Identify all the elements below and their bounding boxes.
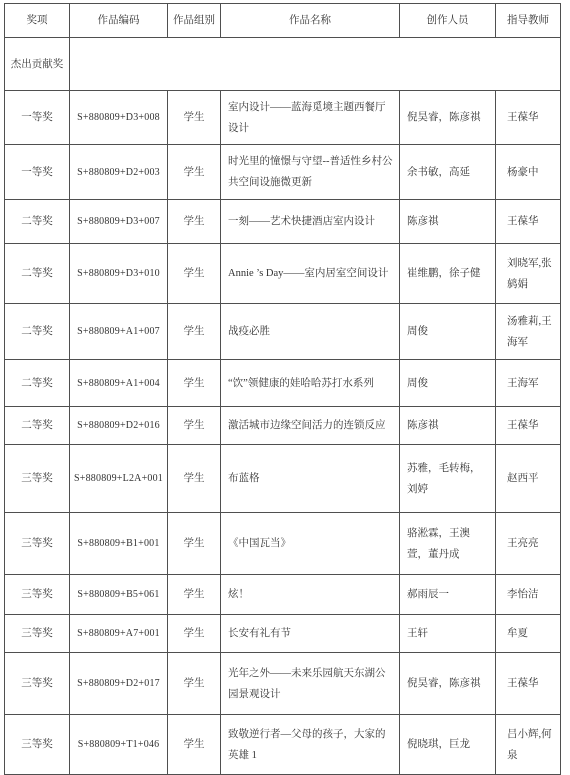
title-cell: 长安有礼有节	[221, 615, 400, 653]
code-cell: S+880809+D3+007	[70, 200, 168, 244]
table-row: 二等奖 S+880809+D3+010 学生 Annie ’s Day——室内居…	[5, 244, 561, 304]
advisor-cell: 牟夏	[496, 615, 561, 653]
table-row: 二等奖 S+880809+D2+016 学生 激活城市边缘空间活力的连锁反应 陈…	[5, 407, 561, 445]
code-cell: S+880809+B5+061	[70, 575, 168, 615]
creators-cell: 骆淞霖，王澳萱，董丹成	[400, 513, 496, 575]
table-row: 二等奖 S+880809+D3+007 学生 一刻——艺术快捷酒店室内设计 陈彦…	[5, 200, 561, 244]
advisor-cell: 杨豪中	[496, 145, 561, 200]
group-cell: 学生	[168, 244, 221, 304]
title-cell: 时光里的憧憬与守望--普适性乡村公共空间设施微更新	[221, 145, 400, 200]
title-cell: “饮”领健康的娃哈哈苏打水系列	[221, 360, 400, 407]
advisor-cell: 王海军	[496, 360, 561, 407]
title-cell: 致敬逆行者—父母的孩子，大家的英雄 1	[221, 715, 400, 775]
special-award-empty-cell	[70, 38, 561, 91]
table-row: 二等奖 S+880809+A1+004 学生 “饮”领健康的娃哈哈苏打水系列 周…	[5, 360, 561, 407]
title-cell: 一刻——艺术快捷酒店室内设计	[221, 200, 400, 244]
group-cell: 学生	[168, 360, 221, 407]
group-cell: 学生	[168, 200, 221, 244]
group-cell: 学生	[168, 715, 221, 775]
award-cell: 二等奖	[5, 360, 70, 407]
advisor-cell: 李怡洁	[496, 575, 561, 615]
table-row: 三等奖 S+880809+B1+001 学生 《中国瓦当》 骆淞霖，王澳萱，董丹…	[5, 513, 561, 575]
award-cell: 二等奖	[5, 304, 70, 360]
group-cell: 学生	[168, 653, 221, 715]
creators-cell: 陈彦祺	[400, 200, 496, 244]
group-cell: 学生	[168, 513, 221, 575]
advisor-cell: 王亮亮	[496, 513, 561, 575]
title-cell: 战疫必胜	[221, 304, 400, 360]
creators-cell: 陈彦祺	[400, 407, 496, 445]
special-award-cell: 杰出贡献奖	[5, 38, 70, 91]
creators-cell: 郝雨辰一	[400, 575, 496, 615]
table-row: 三等奖 S+880809+D2+017 学生 光年之外——未来乐园航天东湖公园景…	[5, 653, 561, 715]
title-cell: 激活城市边缘空间活力的连锁反应	[221, 407, 400, 445]
creators-cell: 倪晓琪，巨龙	[400, 715, 496, 775]
advisor-cell: 汤雅莉,王海军	[496, 304, 561, 360]
award-cell: 三等奖	[5, 715, 70, 775]
award-cell: 二等奖	[5, 244, 70, 304]
table-row: 三等奖 S+880809+A7+001 学生 长安有礼有节 王轩 牟夏	[5, 615, 561, 653]
table-row: 一等奖 S+880809+D2+003 学生 时光里的憧憬与守望--普适性乡村公…	[5, 145, 561, 200]
group-cell: 学生	[168, 575, 221, 615]
title-cell: Annie ’s Day——室内居室空间设计	[221, 244, 400, 304]
code-cell: S+880809+B1+001	[70, 513, 168, 575]
title-cell: 《中国瓦当》	[221, 513, 400, 575]
code-cell: S+880809+D2+003	[70, 145, 168, 200]
code-cell: S+880809+T1+046	[70, 715, 168, 775]
creators-cell: 倪昊睿，陈彦祺	[400, 91, 496, 145]
table-row: 一等奖 S+880809+D3+008 学生 室内设计——蓝海觅境主题西餐厅设计…	[5, 91, 561, 145]
code-cell: S+880809+D2+017	[70, 653, 168, 715]
column-header-group: 作品组别	[168, 4, 221, 38]
group-cell: 学生	[168, 615, 221, 653]
award-cell: 三等奖	[5, 575, 70, 615]
creators-cell: 倪昊睿，陈彦祺	[400, 653, 496, 715]
column-header-creators: 创作人员	[400, 4, 496, 38]
header-row: 奖项 作品编码 作品组别 作品名称 创作人员 指导教师	[5, 4, 561, 38]
group-cell: 学生	[168, 304, 221, 360]
title-cell: 布蓝格	[221, 445, 400, 513]
award-cell: 二等奖	[5, 407, 70, 445]
code-cell: S+880809+A1+004	[70, 360, 168, 407]
award-table: 奖项 作品编码 作品组别 作品名称 创作人员 指导教师 杰出贡献奖 一等奖 S+…	[4, 3, 561, 775]
title-cell: 室内设计——蓝海觅境主题西餐厅设计	[221, 91, 400, 145]
award-cell: 二等奖	[5, 200, 70, 244]
advisor-cell: 王葆华	[496, 407, 561, 445]
award-cell: 三等奖	[5, 615, 70, 653]
creators-cell: 苏雅，毛转梅，刘婷	[400, 445, 496, 513]
table-row: 二等奖 S+880809+A1+007 学生 战疫必胜 周俊 汤雅莉,王海军	[5, 304, 561, 360]
award-cell: 三等奖	[5, 513, 70, 575]
column-header-advisor: 指导教师	[496, 4, 561, 38]
award-cell: 一等奖	[5, 145, 70, 200]
advisor-cell: 王葆华	[496, 653, 561, 715]
advisor-cell: 王葆华	[496, 200, 561, 244]
special-award-row: 杰出贡献奖	[5, 38, 561, 91]
advisor-cell: 赵西平	[496, 445, 561, 513]
advisor-cell: 王葆华	[496, 91, 561, 145]
advisor-cell: 刘晓军,张鸫娟	[496, 244, 561, 304]
advisor-cell: 吕小辉,何泉	[496, 715, 561, 775]
code-cell: S+880809+D3+010	[70, 244, 168, 304]
award-cell: 一等奖	[5, 91, 70, 145]
award-cell: 三等奖	[5, 445, 70, 513]
group-cell: 学生	[168, 407, 221, 445]
column-header-title: 作品名称	[221, 4, 400, 38]
code-cell: S+880809+D2+016	[70, 407, 168, 445]
group-cell: 学生	[168, 145, 221, 200]
creators-cell: 余书敏，高延	[400, 145, 496, 200]
code-cell: S+880809+A7+001	[70, 615, 168, 653]
creators-cell: 王轩	[400, 615, 496, 653]
group-cell: 学生	[168, 445, 221, 513]
table-row: 三等奖 S+880809+B5+061 学生 炫！ 郝雨辰一 李怡洁	[5, 575, 561, 615]
table-row: 三等奖 S+880809+T1+046 学生 致敬逆行者—父母的孩子，大家的英雄…	[5, 715, 561, 775]
code-cell: S+880809+A1+007	[70, 304, 168, 360]
column-header-code: 作品编码	[70, 4, 168, 38]
code-cell: S+880809+D3+008	[70, 91, 168, 145]
creators-cell: 周俊	[400, 304, 496, 360]
table-row: 三等奖 S+880809+L2A+001 学生 布蓝格 苏雅，毛转梅，刘婷 赵西…	[5, 445, 561, 513]
creators-cell: 周俊	[400, 360, 496, 407]
award-cell: 三等奖	[5, 653, 70, 715]
title-cell: 光年之外——未来乐园航天东湖公园景观设计	[221, 653, 400, 715]
document-page: 奖项 作品编码 作品组别 作品名称 创作人员 指导教师 杰出贡献奖 一等奖 S+…	[0, 0, 570, 771]
title-cell: 炫！	[221, 575, 400, 615]
group-cell: 学生	[168, 91, 221, 145]
column-header-award: 奖项	[5, 4, 70, 38]
code-cell: S+880809+L2A+001	[70, 445, 168, 513]
creators-cell: 崔维鹏，徐子健	[400, 244, 496, 304]
